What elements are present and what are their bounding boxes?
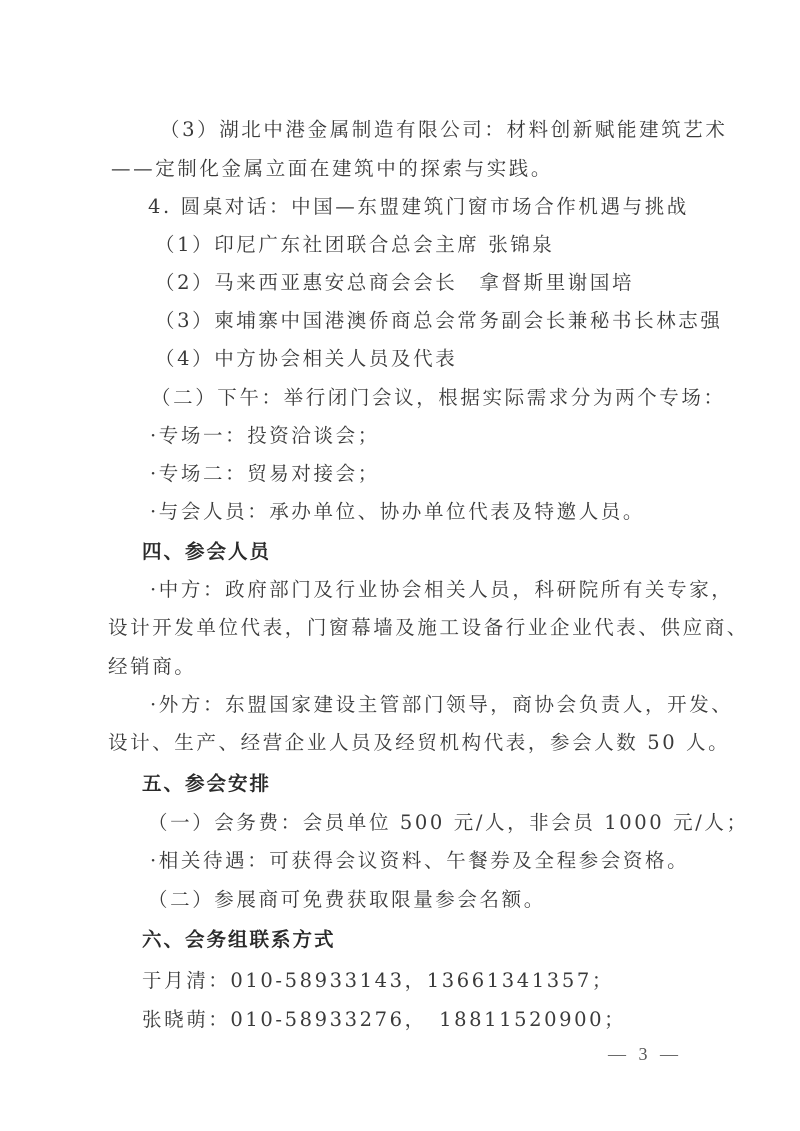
roundtable-participant-3: （3）柬埔寨中国港澳侨商总会常务副会长兼秘书长林志强 — [155, 309, 723, 333]
exhibitor-quota: （二）参展商可免费获取限量参会名额。 — [148, 888, 546, 912]
roundtable-participant-1: （1）印尼广东社团联合总会主席 张锦泉 — [155, 233, 555, 257]
participants-foreign-side-cont: 设计、生产、经营企业人员及经贸机构代表，参会人数 50 人。 — [108, 731, 730, 755]
session-attendees: ·与会人员：承办单位、协办单位代表及特邀人员。 — [150, 500, 645, 524]
roundtable-participant-4: （4）中方协会相关人员及代表 — [155, 347, 457, 371]
participants-chinese-side-end: 经销商。 — [108, 655, 196, 679]
section-heading-contacts: 六、会务组联系方式 — [142, 928, 336, 952]
roundtable-title: 4. 圆桌对话：中国—东盟建筑门窗市场合作机遇与挑战 — [148, 195, 689, 219]
section-heading-participants: 四、参会人员 — [142, 540, 271, 564]
session-two: ·专场二：贸易对接会； — [150, 462, 380, 486]
participants-foreign-side: ·外方：东盟国家建设主管部门领导，商协会负责人，开发、 — [150, 693, 733, 717]
contact-2: 张晓萌：010-58933276， 18811520900； — [142, 1008, 626, 1032]
contact-1: 于月清：010-58933143，13661341357； — [142, 969, 614, 993]
participants-chinese-side-cont: 设计开发单位代表，门窗幕墙及施工设备行业企业代表、供应商、 — [108, 616, 749, 640]
conference-fee: （一）会务费：会员单位 500 元/人，非会员 1000 元/人； — [148, 811, 749, 835]
session-one: ·专场一：投资洽谈会； — [150, 424, 380, 448]
speaker-item-3: （3）湖北中港金属制造有限公司：材料创新赋能建筑艺术 — [160, 118, 728, 142]
fee-benefits: ·相关待遇：可获得会议资料、午餐券及全程参会资格。 — [150, 849, 689, 873]
section-heading-arrangements: 五、参会安排 — [142, 772, 271, 796]
speaker-item-3-subtitle: ——定制化金属立面在建筑中的探索与实践。 — [111, 157, 553, 181]
page-number: — 3 — — [608, 1044, 682, 1065]
document-page: （3）湖北中港金属制造有限公司：材料创新赋能建筑艺术 ——定制化金属立面在建筑中… — [0, 0, 800, 1131]
roundtable-participant-2: （2）马来西亚惠安总商会会长 拿督斯里谢国培 — [155, 271, 634, 295]
afternoon-session: （二）下午：举行闭门会议，根据实际需求分为两个专场： — [151, 386, 726, 410]
participants-chinese-side: ·中方：政府部门及行业协会相关人员，科研院所有关专家， — [150, 578, 733, 602]
